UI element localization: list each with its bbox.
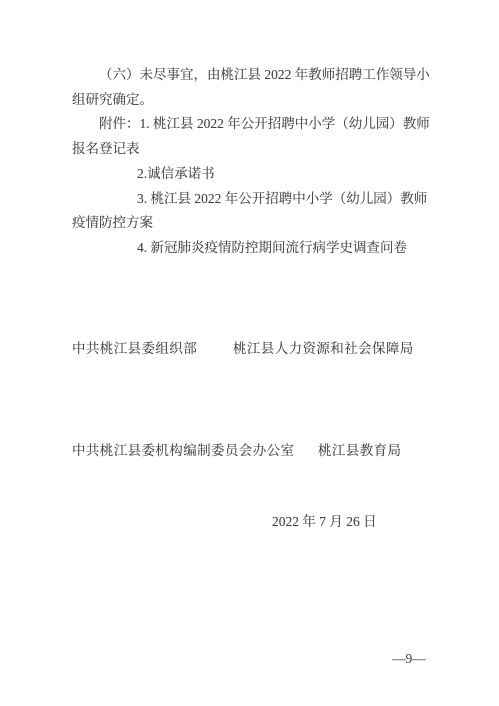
attachment-line: 报名登记表 [72, 137, 444, 162]
document-date: 2022 年 7 月 26 日 [272, 510, 377, 530]
signature-org-human-resources-bureau: 桃江县人力资源和社会保障局 [233, 337, 414, 357]
attachment-line: 2.诚信承诺书 [72, 162, 444, 187]
body-text-block: （六）未尽事宜，由桃江县 2022 年教师招聘工作领导小 组研究确定。 附件：1… [72, 63, 444, 261]
document-page: （六）未尽事宜，由桃江县 2022 年教师招聘工作领导小 组研究确定。 附件：1… [0, 0, 499, 706]
attachment-line: 4. 新冠肺炎疫情防控期间流行病学史调查问卷 [72, 236, 444, 261]
signature-org-staffing-committee-office: 中共桃江县委机构编制委员会办公室 [72, 439, 294, 459]
attachment-line: 疫情防控方案 [72, 211, 444, 236]
page-number: —9— [392, 651, 426, 667]
signature-org-committee-organization-dept: 中共桃江县委组织部 [72, 337, 197, 357]
paragraph-line: 组研究确定。 [72, 88, 444, 113]
attachment-line: 附件：1. 桃江县 2022 年公开招聘中小学（幼儿园）教师 [72, 112, 444, 137]
signature-org-education-bureau: 桃江县教育局 [318, 439, 401, 459]
paragraph-line: （六）未尽事宜，由桃江县 2022 年教师招聘工作领导小 [72, 63, 444, 88]
attachment-line: 3. 桃江县 2022 年公开招聘中小学（幼儿园）教师 [72, 187, 444, 212]
